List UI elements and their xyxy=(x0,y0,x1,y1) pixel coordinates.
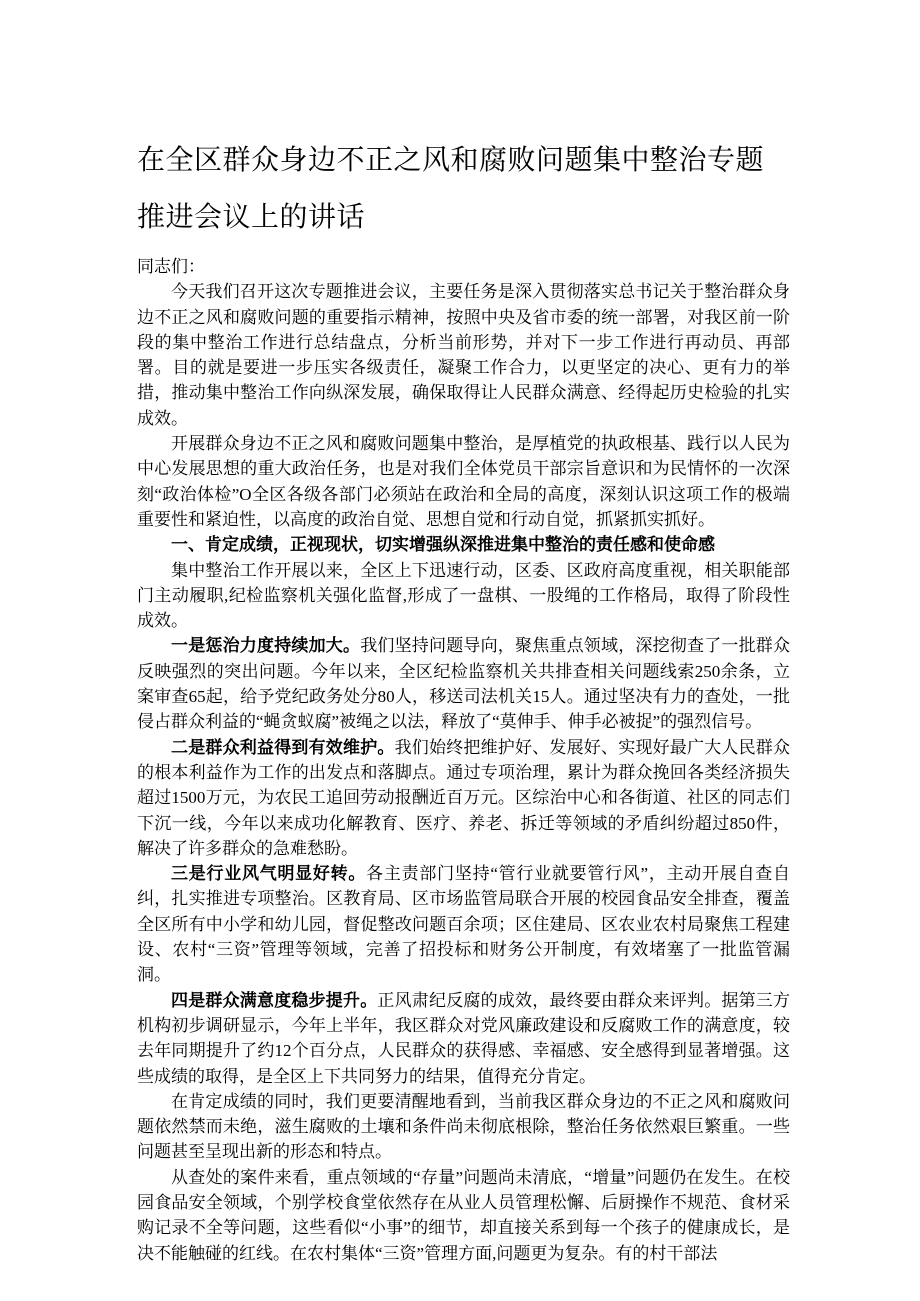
paragraph: 集中整治工作开展以来，全区上下迅速行动，区委、区政府高度重视，相关职能部门主动履… xyxy=(137,558,790,634)
paragraph: 开展群众身边不正之风和腐败问题集中整治，是厚植党的执政根基、践行以人民为中心发展… xyxy=(137,431,790,532)
paragraph: 三是行业风气明显好转。各主责部门坚持“管行业就要管行风”，主动开展自查自纠，扎实… xyxy=(137,861,790,987)
paragraph-lead: 二是群众利益得到有效维护。 xyxy=(171,738,395,757)
paragraph-lead: 一是惩治力度持续加大。 xyxy=(171,636,360,655)
paragraph: 二是群众利益得到有效维护。我们始终把维护好、发展好、实现好最广大人民群众的根本利… xyxy=(137,735,790,861)
section-heading: 一、肯定成绩，正视现状，切实增强纵深推进集中整治的责任感和使命感 xyxy=(137,532,790,557)
document-title: 在全区群众身边不正之风和腐败问题集中整治专题推进会议上的讲话 xyxy=(137,132,790,246)
document-page: 在全区群众身边不正之风和腐败问题集中整治专题推进会议上的讲话 同志们： 今天我们… xyxy=(0,0,920,1301)
paragraph-lead: 四是群众满意度稳步提升。 xyxy=(171,991,377,1010)
salutation: 同志们： xyxy=(137,254,790,279)
paragraph: 从查处的案件来看，重点领域的“存量”问题尚未清底，“增量”问题仍在发生。在校园食… xyxy=(137,1165,790,1266)
paragraph-text: 从查处的案件来看，重点领域的“存量”问题尚未清底，“增量”问题仍在发生。在校园食… xyxy=(137,1168,790,1263)
document-body: 同志们： 今天我们召开这次专题推进会议，主要任务是深入贯彻落实总书记关于整治群众… xyxy=(137,254,790,1266)
paragraph: 今天我们召开这次专题推进会议，主要任务是深入贯彻落实总书记关于整治群众身边不正之… xyxy=(137,279,790,431)
paragraph-text: 集中整治工作开展以来，全区上下迅速行动，区委、区政府高度重视，相关职能部门主动履… xyxy=(137,561,790,631)
paragraph-text: 今天我们召开这次专题推进会议，主要任务是深入贯彻落实总书记关于整治群众身边不正之… xyxy=(137,282,790,427)
paragraph-lead: 三是行业风气明显好转。 xyxy=(171,864,366,883)
paragraph: 四是群众满意度稳步提升。正风肃纪反腐的成效，最终要由群众来评判。据第三方机构初步… xyxy=(137,988,790,1089)
paragraph-text: 开展群众身边不正之风和腐败问题集中整治，是厚植党的执政根基、践行以人民为中心发展… xyxy=(137,434,790,529)
paragraph: 在肯定成绩的同时，我们更要清醒地看到，当前我区群众身边的不正之风和腐败问题依然禁… xyxy=(137,1089,790,1165)
paragraph-text: 在肯定成绩的同时，我们更要清醒地看到，当前我区群众身边的不正之风和腐败问题依然禁… xyxy=(137,1092,790,1162)
paragraph: 一是惩治力度持续加大。我们坚持问题导向，聚焦重点领域，深挖彻查了一批群众反映强烈… xyxy=(137,633,790,734)
